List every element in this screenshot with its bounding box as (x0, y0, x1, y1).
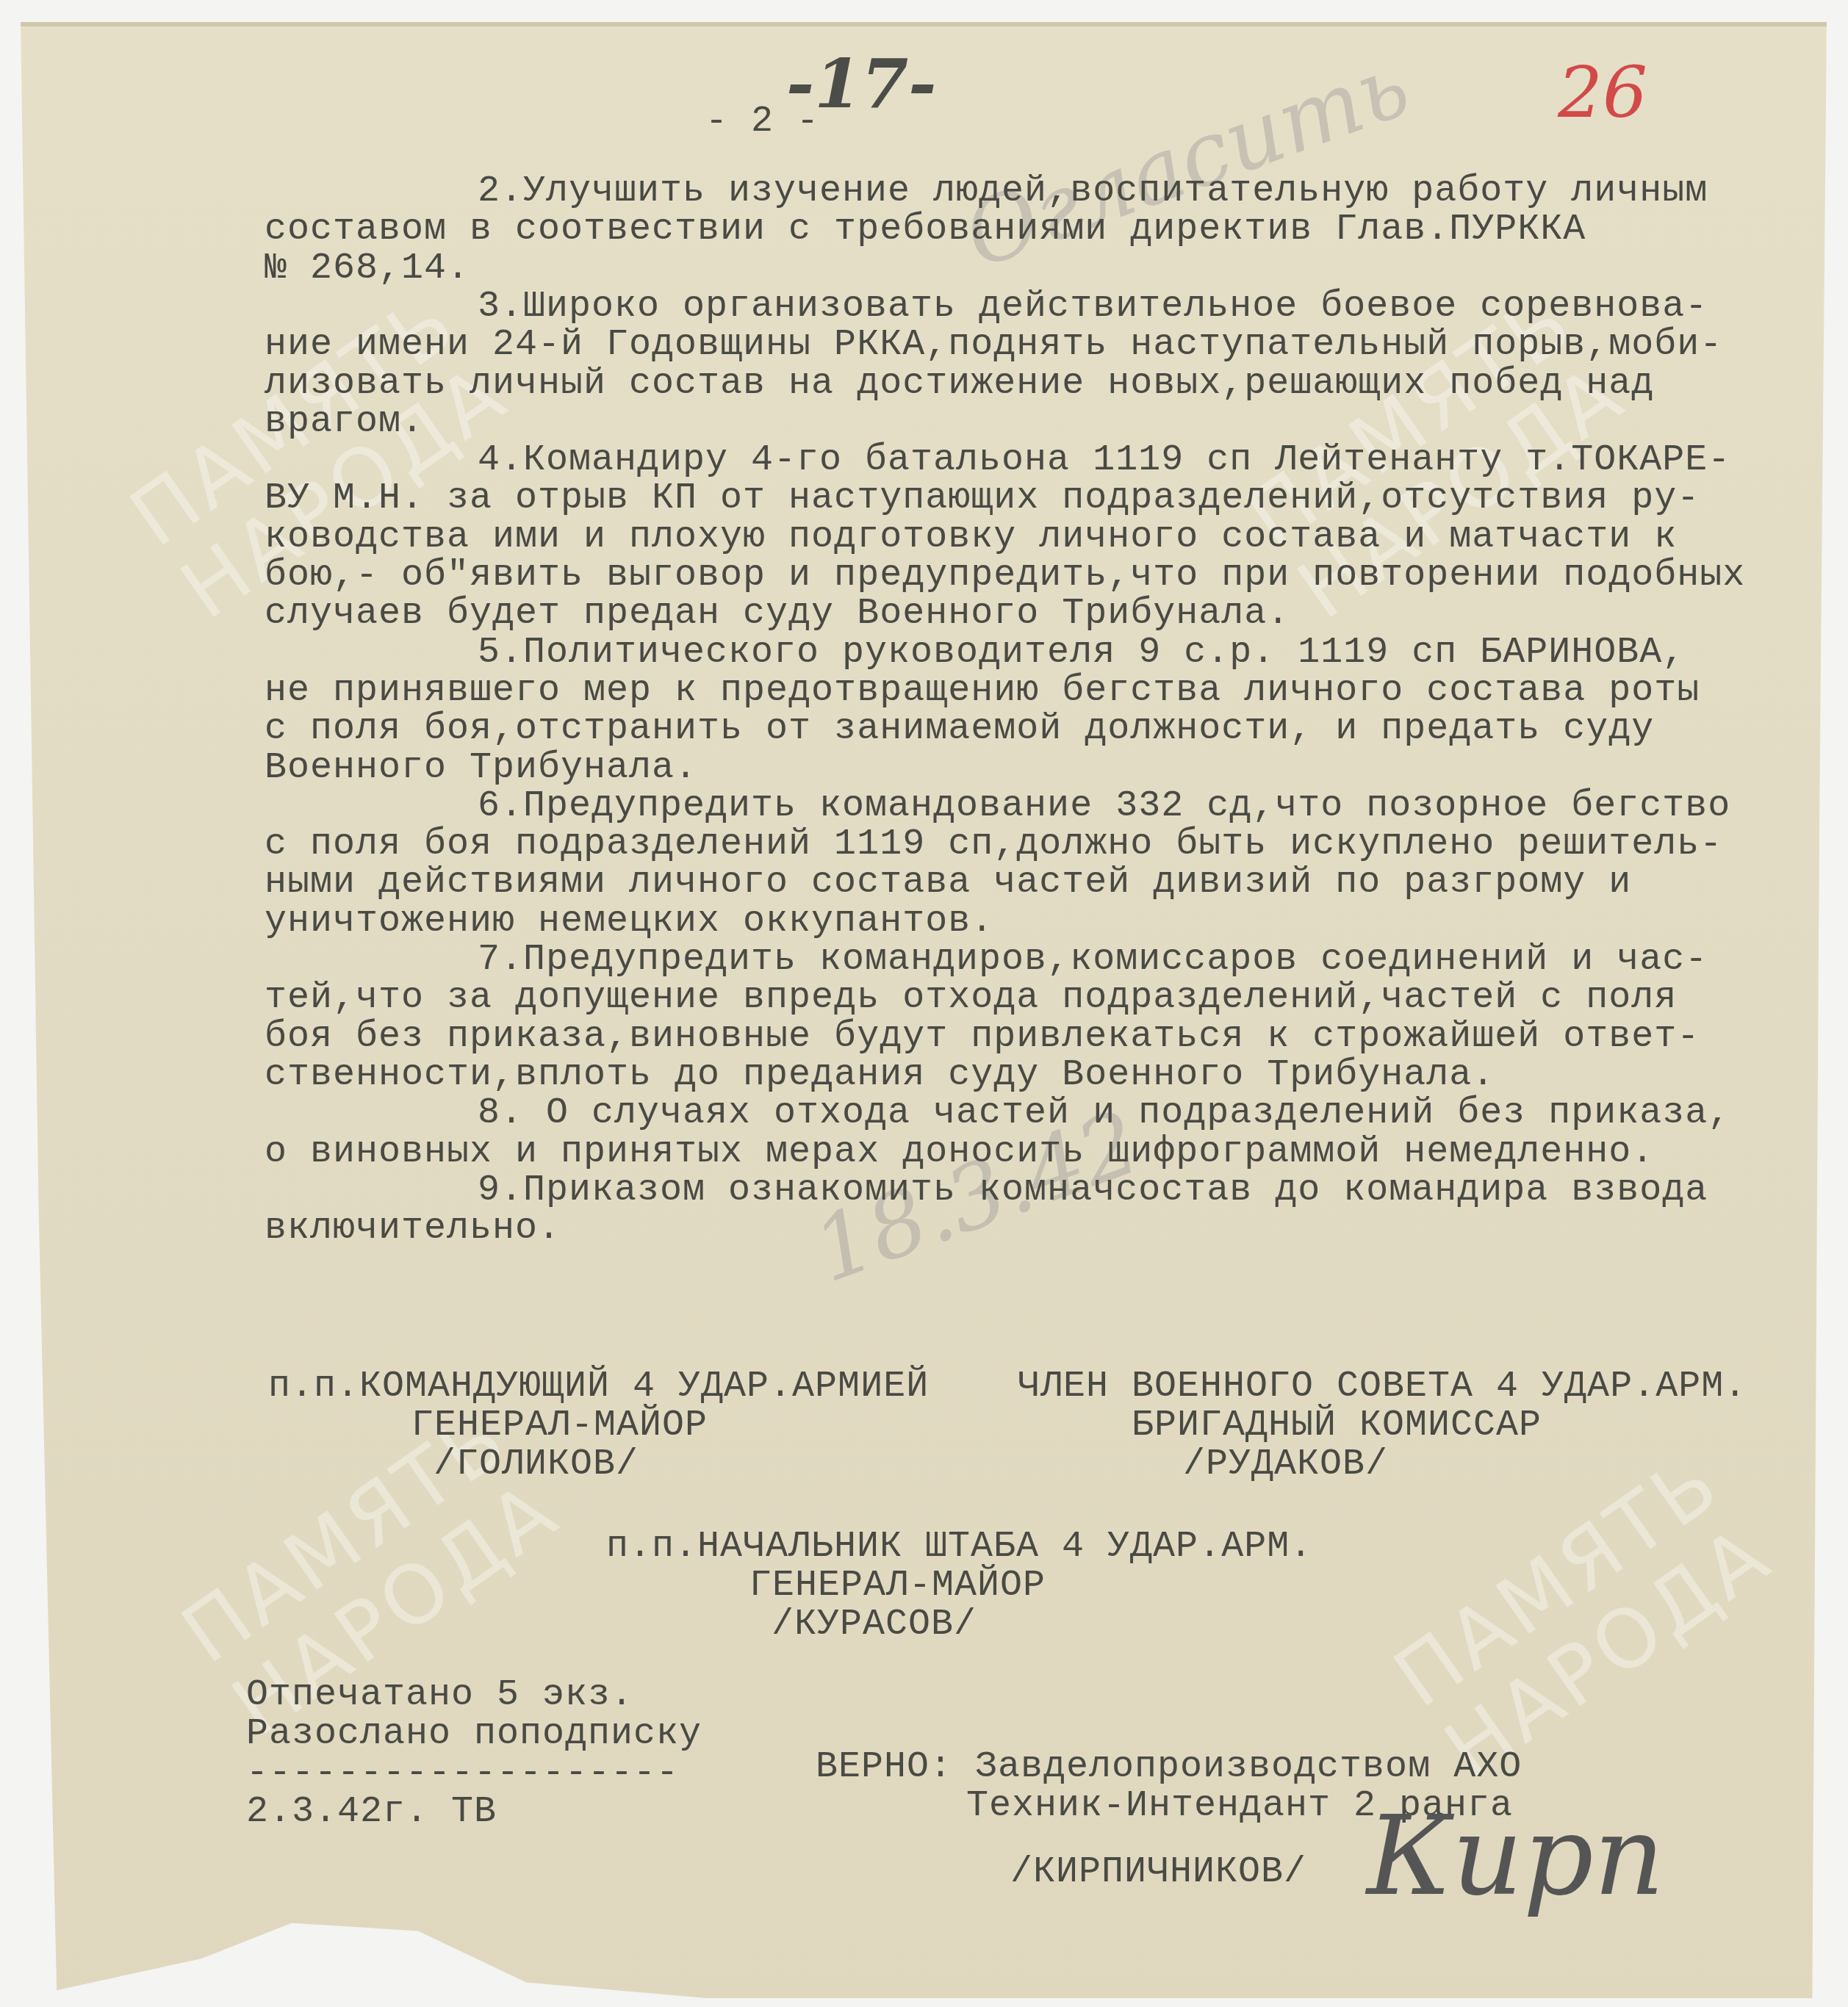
body-line: ВУ М.Н. за отрыв КП от наступающих подра… (265, 480, 1700, 518)
body-line: № 268,14. (265, 250, 470, 288)
paper-top-edge (21, 22, 1827, 26)
body-line: составом в соотвествии с требованиями ди… (265, 211, 1586, 249)
sig-chief-title: п.п.НАЧАЛЬНИК ШТАБА 4 УДАР.АРМ. (606, 1528, 1312, 1566)
body-line: 3.Широко организовать действительное бое… (478, 288, 1708, 326)
body-line: ководства ими и плохую подготовку личног… (265, 519, 1677, 557)
body-line: 7.Предупредить командиров,комиссаров сое… (478, 941, 1708, 979)
body-line: бою,- об"явить выговор и предупредить,чт… (265, 557, 1745, 595)
sig-chief-rank: ГЕНЕРАЛ-МАЙОР (749, 1567, 1046, 1605)
body-line: боя без приказа,виновные будут привлекат… (265, 1018, 1700, 1056)
printed-copies: Отпечатано 5 экз. (246, 1676, 633, 1715)
body-line: 2.Улучшить изучение людей,воспитательную… (478, 173, 1708, 211)
body-line: Военного Трибунала. (265, 749, 697, 788)
body-line: 8. О случаях отхода частей и подразделен… (478, 1095, 1730, 1133)
sig-council-name: /РУДАКОВ/ (1183, 1446, 1388, 1484)
certified-label: ВЕРНО: Завделопроизводством АХО (816, 1748, 1522, 1787)
body-line: тей,что за допущение впредь отхода подра… (265, 979, 1677, 1017)
body-line: не принявшего мер к предотвращению бегст… (265, 672, 1700, 710)
sig-commander-rank: ГЕНЕРАЛ-МАЙОР (411, 1407, 708, 1445)
body-line: 5.Политического руководителя 9 с.р. 1119… (478, 634, 1685, 672)
body-line: с поля боя подразделений 1119 сп,должно … (265, 826, 1722, 864)
body-line: о виновных и принятых мерах доносить шиф… (265, 1134, 1654, 1172)
body-line: 9.Приказом ознакомить комначсостав до ко… (478, 1172, 1708, 1210)
body-line: случаев будет предан суду Военного Трибу… (265, 595, 1290, 633)
archive-page-number-red: 26 (1558, 51, 1647, 134)
body-line: ние имени 24-й Годовщины РККА,поднять на… (265, 326, 1722, 364)
distribution-note: Разослано поподписку (246, 1715, 702, 1754)
body-line: 4.Командиру 4-го батальона 1119 сп Лейте… (478, 442, 1730, 480)
typed-page-number: - 2 - (705, 103, 819, 141)
body-line: 6.Предупредить командование 332 сд,что п… (478, 788, 1730, 826)
body-line: ными действиями личного состава частей д… (265, 864, 1631, 902)
sig-commander-title: п.п.КОМАНДУЮЩИЙ 4 УДАР.АРМИЕЙ (268, 1368, 929, 1406)
footer-divider: ------------------- (246, 1754, 679, 1792)
sig-commander-name: /ГОЛИКОВ/ (434, 1446, 639, 1484)
print-date: 2.3.42г. ТВ (246, 1793, 497, 1831)
body-line: включительно. (265, 1210, 561, 1248)
body-line: уничтожению немецких оккупантов. (265, 903, 993, 941)
body-line: с поля боя,отстранить от занимаемой долж… (265, 710, 1654, 749)
sig-council-rank: БРИГАДНЫЙ КОМИССАР (1132, 1407, 1542, 1445)
certified-name: /КИРПИЧНИКОВ/ (1010, 1853, 1306, 1892)
body-line: ственности,вплоть до предания суду Военн… (265, 1056, 1495, 1095)
sig-council-title: ЧЛЕН ВОЕННОГО СОВЕТА 4 УДАР.АРМ. (1018, 1368, 1747, 1406)
body-line: лизовать личный состав на достижение нов… (265, 365, 1654, 403)
body-line: врагом. (265, 403, 424, 442)
handwritten-signature: Кирп (1367, 1792, 1664, 1920)
sig-chief-name: /КУРАСОВ/ (772, 1606, 977, 1644)
